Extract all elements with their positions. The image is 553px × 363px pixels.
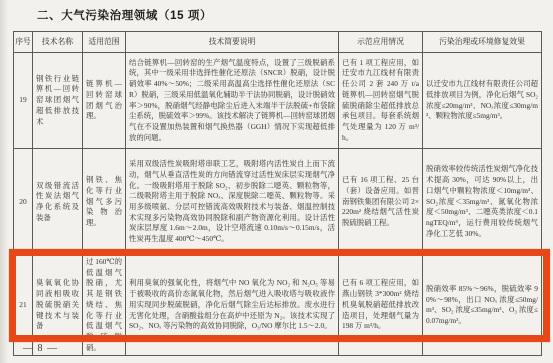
technology-name-cell: 双级错流活性炭法烟气净化系统及装备 — [33, 149, 83, 256]
header-technology-name: 技术名称 — [33, 32, 83, 53]
application-cell: 已有 16 项工程、25 台（套）设备应用。如晋南钢铁集团有限公司 2×220m… — [339, 149, 423, 256]
effect-cell: 以迁安市九江线材有限责任公司超低排放项目为例，净化后烟气 SO₂浓度≤20mg/… — [423, 53, 542, 149]
header-application-scope: 适用范围 — [83, 32, 126, 53]
table-row: 20 双级错流活性炭法烟气净化系统及装备 钢铁、焦化等行业烟气多污染物治理。 采… — [14, 149, 542, 256]
header-remediation-effect: 污染治理或环境修复效果 — [423, 32, 542, 53]
row-number: 20 — [14, 149, 33, 256]
page-number: — 8 — — [23, 343, 58, 354]
row-number: 21 — [14, 256, 33, 356]
scope-cell: 过 160℃的低温烟气脱硝，尤其是钢铁烧结、焦化等行业低温烟气脱硫脱硝。 — [83, 256, 126, 356]
effect-cell: 脱硝效率较传统活性炭烟气净化技术提高 30%，可达 90%以上，出口烟气中颗粒物… — [423, 149, 542, 256]
scope-cell: 链箅机—回转窑球团烟气治理。 — [83, 53, 126, 149]
header-demonstration: 示范应用情况 — [339, 32, 423, 53]
technology-name-cell: 钢铁行业链箅机—回转窑球团烟气超低排放技术 — [33, 53, 83, 149]
scope-cell: 钢铁、焦化等行业烟气多污染物治理。 — [83, 149, 126, 256]
table-header-row: 序号 技术名称 适用范围 技术简要说明 示范应用情况 污染治理或环境修复效果 — [14, 32, 542, 53]
header-brief-description: 技术简要说明 — [126, 32, 339, 53]
technology-table: 序号 技术名称 适用范围 技术简要说明 示范应用情况 污染治理或环境修复效果 1… — [13, 31, 542, 356]
table-row: 19 钢铁行业链箅机—回转窑球团烟气超低排放技术 链箅机—回转窑球团烟气治理。 … — [14, 53, 542, 149]
scan-page-edge — [0, 0, 8, 363]
technology-name-cell: 臭氧氧化协同液相吸收脱硫脱硝关键技术与装备 — [33, 256, 83, 356]
application-cell: 已有 6 项工程应用，如燕山钢铁 3*300m² 烧结机臭氧脱硝超低排放改造项目… — [339, 256, 423, 356]
application-cell: 已有 1 项工程应用，如迁安市九江线材有限责任公司 2 套 240 万 t/a … — [339, 53, 423, 149]
description-cell: 利用臭氧的强氧化性，将烟气中 NO 氧化为 NO₂ 和 N₂O₅ 等易于被吸收的… — [126, 256, 339, 356]
row-number: 19 — [14, 53, 33, 149]
description-cell: 采用双级活性炭吸附塔串联工艺，吸附塔内活性炭自上而下流动，烟气从垂直活性炭的方向… — [126, 149, 339, 256]
section-title: 二、大气污染治理领域（15 项） — [37, 7, 212, 23]
header-serial-number: 序号 — [14, 32, 33, 53]
effect-cell: 脱硝效率 85%～96%，脱硫效率 90%～98%，出口 NOₓ 浓度≤50mg… — [423, 256, 542, 356]
description-cell: 结合链箅机—回转窑的生产烟气温度特点，设置了三级脱硝系统，其中一级采用非选择性催… — [126, 53, 339, 149]
table-row-highlighted: 21 臭氧氧化协同液相吸收脱硫脱硝关键技术与装备 过 160℃的低温烟气脱硝，尤… — [14, 256, 542, 356]
